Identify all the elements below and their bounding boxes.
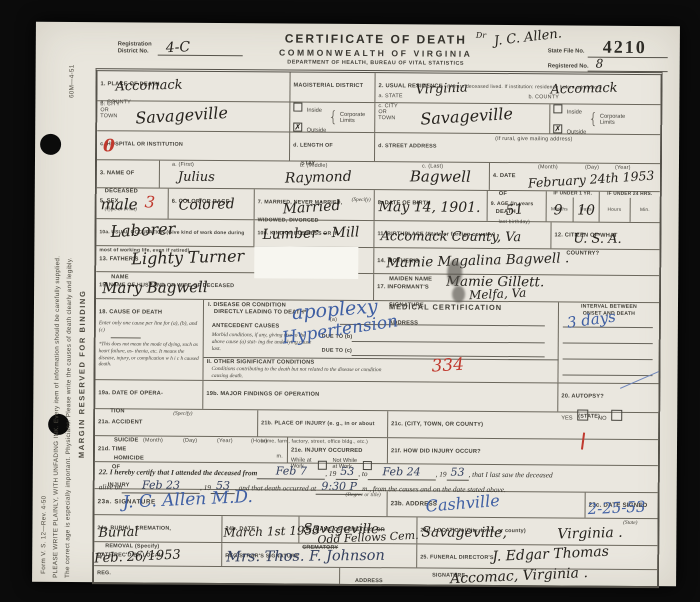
months-value: 9: [554, 203, 563, 217]
commonwealth-subtitle: COMMONWEALTH OF VIRGINIA: [261, 47, 491, 59]
residence-limits-cell: Inside ✗ Outside { Corporate Limits: [550, 104, 660, 134]
attended-from-year: 53: [340, 465, 354, 478]
interval-cell: INTERVAL BETWEEN ONSET AND DEATH 3 days: [558, 302, 659, 383]
injury-hour-label: (Hour): [251, 438, 268, 445]
registered-no-label: Registered No.: [548, 63, 589, 71]
street-address-note: (If rural, give mailing address): [495, 136, 572, 143]
informant-l1: 17. INFORMANT'S: [377, 284, 429, 290]
under-24hr-cell: IF UNDER 24 HRS. Hours Min.: [600, 192, 660, 222]
date-received-cell: DATE REC'D BY LOCAL REG. Feb. 26/1953: [94, 542, 222, 566]
physician-signature-cell: 23a. SIGNATURE (Degree or title) J. C. A…: [95, 489, 388, 516]
place-injury-l1: 21b. PLACE OF INJURY (e. g., in or about: [261, 420, 374, 427]
row-city-town: b. CITY OR TOWN Savageville Inside ✗ Out…: [97, 101, 660, 135]
major-findings-cell: 19b. MAJOR FINDINGS OF OPERATION: [203, 381, 558, 411]
birthplace-value: Accomack County, Va: [380, 230, 521, 244]
physician-address-value: Cashville: [425, 493, 500, 515]
res-outside-checkbox-checked: ✗: [553, 124, 562, 133]
form-table: 1. PLACE OF DEATH a. COUNTY Accomack MAG…: [92, 68, 663, 588]
residence-city-value: Savageville: [420, 106, 513, 128]
row-time-of-injury: 21d. TIME OF INJURY (Month) (Day) (Year)…: [95, 436, 658, 466]
certify-statement-cell: 22. I hereby certify that I attended the…: [95, 462, 658, 492]
injury-month-label: (Month): [143, 438, 163, 445]
city-value: Savageville: [135, 105, 228, 127]
margin-note-plainly: PLEASE WRITE PLAINLY, WITH UNFADING INK.…: [52, 256, 61, 578]
race-cell: 6. COLOR OR RACE Colored: [169, 189, 255, 220]
under-1yr-cell: IF UNDER 1 YR. Months 9 Days 10: [547, 191, 600, 221]
funeral-director-l1: 25. FUNERAL DIRECTOR'S: [420, 554, 494, 561]
physician-signature-value: J. C. Allen M.D.: [122, 489, 253, 512]
middle-name-value: Raymond: [285, 170, 352, 186]
accident-cell: 21a. ACCIDENT SUICIDE HOMICIDE (Specify): [95, 409, 258, 436]
injury-time-l1: 21d. TIME: [98, 446, 126, 452]
inside-checkbox: [293, 102, 302, 111]
burial-location-value-1: Savageville,: [421, 525, 507, 540]
res-inside-checkbox: [553, 104, 562, 113]
sex-red-mark: 3: [144, 194, 155, 211]
outside-checkbox-checked: ✗: [293, 122, 302, 131]
state-file-label: State File No.: [548, 48, 585, 55]
injury-city-cell: 21c. (CITY, TOWN, OR COUNTY) (STATE): [388, 411, 658, 439]
first-name-value: Julius: [178, 171, 215, 184]
brace-glyph: {: [328, 110, 338, 125]
certificate-paper: Form V. S. 12—Rev. 4-50 PLEASE WRITE PLA…: [32, 22, 680, 586]
funeral-director-cell: 25. FUNERAL DIRECTOR'S SIGNATURE J. Edga…: [417, 544, 657, 569]
date-of-operation-cell: 19a. DATE OF OPERA- TION: [95, 380, 203, 409]
occupation-cell: 10a. USUAL OCCUPATION (Give kind of work…: [96, 219, 254, 246]
registration-label-2: District No.: [118, 49, 152, 56]
ink-smudge-2: [452, 286, 465, 303]
informant-cell: 17. INFORMANT'S SIGNATURE ADDRESS Mamie …: [374, 274, 659, 302]
injury-city-label: 21c. (CITY, TOWN, OR COUNTY): [391, 421, 483, 428]
length-of-stay-cell: d. LENGTH OF STAY: [290, 133, 375, 162]
usual-residence-cell: 2. USUAL RESIDENCE (Where deceased lived…: [375, 73, 660, 104]
attended-to-value: Feb 24: [383, 465, 421, 478]
residence-county-value: Accomack: [550, 82, 617, 97]
interval-line-3: [563, 358, 653, 360]
registrar-signature-cell: REGISTRAR'S SIGNATURE Mrs. Thos. F. John…: [222, 543, 417, 567]
race-value: Colored: [179, 197, 235, 213]
marital-cell: 7. MARRIED, NEVER MARRIED, WIDOWED, DIVO…: [255, 189, 375, 220]
dob-value: May 14, 1901.: [379, 200, 481, 215]
ink-smudge-1: [447, 260, 462, 286]
row-accident: 21a. ACCIDENT SUICIDE HOMICIDE (Specify)…: [95, 409, 658, 440]
bottom-empty-cell: [94, 566, 340, 584]
doctor-name-handwriting: J. C. Allen.: [493, 27, 562, 48]
certify-t3: , to: [358, 469, 367, 478]
injury-m-suffix: m.: [277, 454, 283, 461]
doctor-prefix: Dr: [476, 32, 486, 40]
row-spouse-informant: 15. NAME OF HUSBAND OR WIFE OF DECEASED …: [96, 272, 659, 303]
res-brace-glyph: {: [588, 112, 598, 127]
cause-note-2: *This does not mean the mode of dying, s…: [99, 341, 200, 369]
registrar-signature-value: Mrs. Thos. F. Johnson: [226, 549, 385, 565]
funeral-address-cell: ADDRESS Accomac, Virginia .: [340, 568, 657, 586]
residence-state-value: Virginia: [415, 81, 468, 96]
row-operation-autopsy: 19a. DATE OF OPERA- TION 19b. MAJOR FIND…: [95, 380, 658, 413]
state-file-number: 4210: [603, 38, 647, 56]
degree-title-label: (Degree or title): [345, 492, 380, 499]
injury-year-label: (Year): [217, 438, 233, 445]
row-medical-certification: 18. CAUSE OF DEATH Enter only one cause …: [95, 299, 659, 384]
city-town-cell: b. CITY OR TOWN Savageville: [97, 101, 290, 131]
marital-value: Married: [282, 199, 341, 217]
title-block: CERTIFICATE OF DEATH COMMONWEALTH OF VIR…: [261, 31, 491, 67]
place-of-death-county-cell: 1. PLACE OF DEATH a. COUNTY Accomack: [97, 71, 290, 101]
row-sex-age: 5. SEX male 3 6. COLOR OR RACE Colored 7…: [97, 188, 660, 223]
name-l1: 3. NAME OF: [100, 170, 135, 176]
department-line: DEPARTMENT OF HEALTH, BUREAU OF VITAL ST…: [261, 59, 491, 67]
inside-label: Inside: [307, 107, 322, 113]
registered-no-value: 8: [596, 58, 604, 70]
limits-label: Limits: [340, 117, 365, 123]
burial-location-state-label: (State): [623, 520, 637, 527]
burial-type-cell: 24a. BURIAL, CREMATION, REMOVAL (Specify…: [94, 515, 222, 542]
hospital-cell: c. HOSPITAL OR INSTITUTION 0: [97, 131, 290, 160]
row-hospital-street: c. HOSPITAL OR INSTITUTION 0 d. LENGTH O…: [97, 131, 660, 164]
county-value: Accomack: [115, 79, 182, 94]
how-injury-occurred-cell: 21f. HOW DID INJURY OCCUR?: [388, 438, 658, 465]
injury-day-label: (Day): [183, 438, 197, 445]
row-physician-signature: 23a. SIGNATURE (Degree or title) J. C. A…: [95, 489, 658, 519]
dod-l1: 4. DATE: [493, 173, 516, 179]
age-value: 51: [505, 202, 524, 218]
interval-line-2: [563, 342, 653, 344]
accident-l1: 21a. ACCIDENT: [98, 419, 142, 425]
mother-cell: 14. MOTHER'S MAIDEN NAME Mamie Magalina …: [374, 248, 659, 275]
attended-from-value: Feb 7: [276, 464, 307, 477]
date-of-death-value: February 24th 1953: [528, 170, 655, 190]
injury-occurred-cell: 21e. INJURY OCCURRED While atWork Not Wh…: [288, 438, 388, 464]
certify-t1: 22. I hereby certify that I attended the…: [99, 467, 258, 477]
occupation-value: Laborer: [110, 221, 175, 240]
sex-value: male: [101, 197, 138, 212]
citizen-cell: 12. CITIZEN OF WHAT COUNTRY? U. S. A.: [551, 222, 659, 249]
date-signed-cell: 23c. DATE SIGNED 2-25-53: [586, 493, 658, 519]
city-l3: TOWN: [100, 113, 117, 119]
days-col: Days 10: [572, 197, 599, 221]
date-signed-value: 2-25-53: [587, 500, 645, 518]
redaction-box: [254, 246, 358, 279]
industry-value: Lumber - Mill: [262, 225, 359, 242]
injury-occurred-label: 21e. INJURY OCCURRED: [291, 448, 363, 455]
funeral-director-value: J. Edgar Thomas: [492, 545, 609, 564]
morbid-l1: Morbid conditions, if any, giving: [212, 332, 283, 338]
row-occupation: 10a. USUAL OCCUPATION (Give kind of work…: [96, 219, 659, 250]
date-of-death-cell: 4. DATE OF DEATH (Month) (Day) (Year) Fe…: [490, 163, 660, 191]
row-funeral-address: ADDRESS Accomac, Virginia .: [94, 566, 657, 586]
autopsy-cell: 20. AUTOPSY? YES NO: [558, 383, 658, 412]
mother-value: Mamie Magalina Bagwell .: [386, 252, 569, 271]
burial-location-cell: 24d. LOCATION (City, town, or county) (S…: [417, 517, 657, 545]
funeral-address-value: Accomac, Virginia .: [450, 566, 588, 586]
certify-t2: , 19: [325, 469, 336, 478]
date-received-value: Feb. 26/1953: [94, 549, 181, 566]
magisterial-district-label: MAGISTERIAL DISTRICT: [294, 83, 364, 89]
min-label: Min.: [640, 208, 650, 213]
medical-certification-header: MEDICAL CERTIFICATION: [389, 302, 502, 312]
first-name-label: a. (First): [172, 162, 194, 169]
funeral-address-label: ADDRESS: [355, 578, 383, 584]
spouse-value: Mary Bagwell: [102, 280, 208, 296]
informant-address-value: Melfa, Va: [469, 287, 527, 302]
cause-note-1: Enter only one cause per line for (a), (…: [99, 320, 200, 335]
hospital-value-red: 0: [103, 138, 115, 155]
medical-cert-cell: MEDICAL CERTIFICATION I. DISEASE OR COND…: [203, 300, 559, 382]
hours-col: Hours: [600, 198, 630, 222]
middle-name-label: b. (Middle): [300, 163, 328, 170]
row-name-dod: 3. NAME OF DECEASED (Type or Print) a. (…: [97, 160, 660, 192]
min-col: Min.: [629, 198, 660, 222]
certificate-title: CERTIFICATE OF DEATH: [261, 31, 491, 47]
row-burial: 24a. BURIAL, CREMATION, REMOVAL (Specify…: [94, 515, 657, 546]
last-name-value: Bagwell: [410, 169, 471, 184]
cemetery-cell: 24c. NAME OF CEMETERY OR CREMATORY Savag…: [299, 517, 417, 544]
attended-to-year: 53: [451, 466, 465, 479]
months-col: Months 9: [547, 197, 573, 221]
city-limits-cell: Inside ✗ Outside { Corporate Limits: [290, 103, 375, 133]
physician-address-cell: 23b. ADDRESS Cashville: [388, 491, 586, 517]
date-of-birth-cell: 8. DATE OF BIRTH May 14, 1901.: [375, 190, 488, 221]
burial-type-value: Burial: [98, 526, 139, 540]
major-findings-label: 19b. MAJOR FINDINGS OF OPERATION: [206, 391, 319, 398]
due-to-c-label: DUE TO (c): [322, 348, 352, 355]
scanned-death-certificate: { "colors": {"paper":"#e9e6dd","black_in…: [0, 0, 700, 602]
certify-t4: , 19: [436, 470, 447, 479]
burial-location-value-2: Virginia .: [557, 526, 623, 542]
print-code: 60M—4-51: [68, 64, 75, 98]
sex-cell: 5. SEX male 3: [97, 188, 169, 219]
code-334-red: 334: [431, 357, 464, 376]
antecedent-causes-label: ANTECEDENT CAUSES: [212, 323, 280, 331]
birthplace-cell: 11. BIRTHPLACE (State or foreign country…: [374, 221, 551, 248]
age-cell: 9. AGE (In years last birthday) 51: [488, 191, 547, 221]
accident-specify: (Specify): [173, 411, 192, 418]
cause-b-line: [352, 341, 545, 343]
industry-cell: 10b. KIND OF BUSINESS OR IN- DUSTRY Lumb…: [254, 220, 374, 247]
stay-l1: d. LENGTH OF: [293, 143, 333, 149]
dod-month-label: (Month): [538, 164, 558, 171]
row-parents: 13. FATHER'S NAME Lighty Turner 14. MOTH…: [96, 246, 659, 276]
other-conditions-note-1: Conditions contributing to the death but…: [212, 366, 307, 373]
operation-l1: 19a. DATE OF OPERA-: [98, 390, 163, 396]
name-of-deceased-label-cell: 3. NAME OF DECEASED (Type or Print): [97, 160, 160, 187]
citizen-value: U. S. A.: [573, 233, 621, 246]
interval-line-4: [563, 374, 653, 376]
certify-t5: , that I last saw the deceased: [469, 470, 553, 480]
place-of-injury-cell: 21b. PLACE OF INJURY (e. g., in or about…: [258, 410, 388, 437]
res-inside-label: Inside: [567, 109, 582, 115]
autopsy-label: 20. AUTOPSY?: [561, 393, 604, 399]
name-values-cell: a. (First) b. (Middle) c. (Last) Julius …: [160, 161, 490, 190]
res-limits-label: Limits: [600, 119, 625, 125]
how-injury-occurred-label: 21f. HOW DID INJURY OCCUR?: [391, 448, 481, 455]
registration-district: Registration District No.: [118, 41, 152, 56]
injury-state-label: (STATE): [578, 414, 600, 421]
time-of-injury-cell: 21d. TIME OF INJURY (Month) (Day) (Year)…: [95, 436, 288, 462]
row-certify-statement: 22. I hereby certify that I attended the…: [95, 462, 658, 493]
margin-binding-note: MARGIN RESERVED FOR BINDING: [77, 290, 87, 459]
marital-specify: (Specify): [352, 197, 371, 204]
father-value: Lighty Turner: [131, 248, 244, 267]
street-address-label: d. STREET ADDRESS: [378, 143, 437, 149]
res-city-l3: TOWN: [378, 115, 395, 121]
cause-of-death-label: 18. CAUSE OF DEATH: [99, 309, 162, 315]
punch-hole-top: [40, 134, 61, 155]
burial-date-cell: 24b. DATE March 1st 1953: [222, 516, 299, 543]
days-value: 10: [577, 204, 595, 218]
hours-label: Hours: [607, 208, 621, 213]
residence-city-cell: c. CITY OR TOWN Savageville: [375, 103, 550, 133]
street-address-cell: d. STREET ADDRESS (If rural, give mailin…: [375, 133, 660, 163]
form-code: Form V. S. 12—Rev. 4-50: [40, 496, 48, 574]
cause-of-death-notes-cell: 18. CAUSE OF DEATH Enter only one cause …: [95, 299, 204, 380]
registration-district-value: 4-C: [165, 40, 190, 55]
margin-note-age: The correct age is especially important.…: [64, 257, 73, 578]
